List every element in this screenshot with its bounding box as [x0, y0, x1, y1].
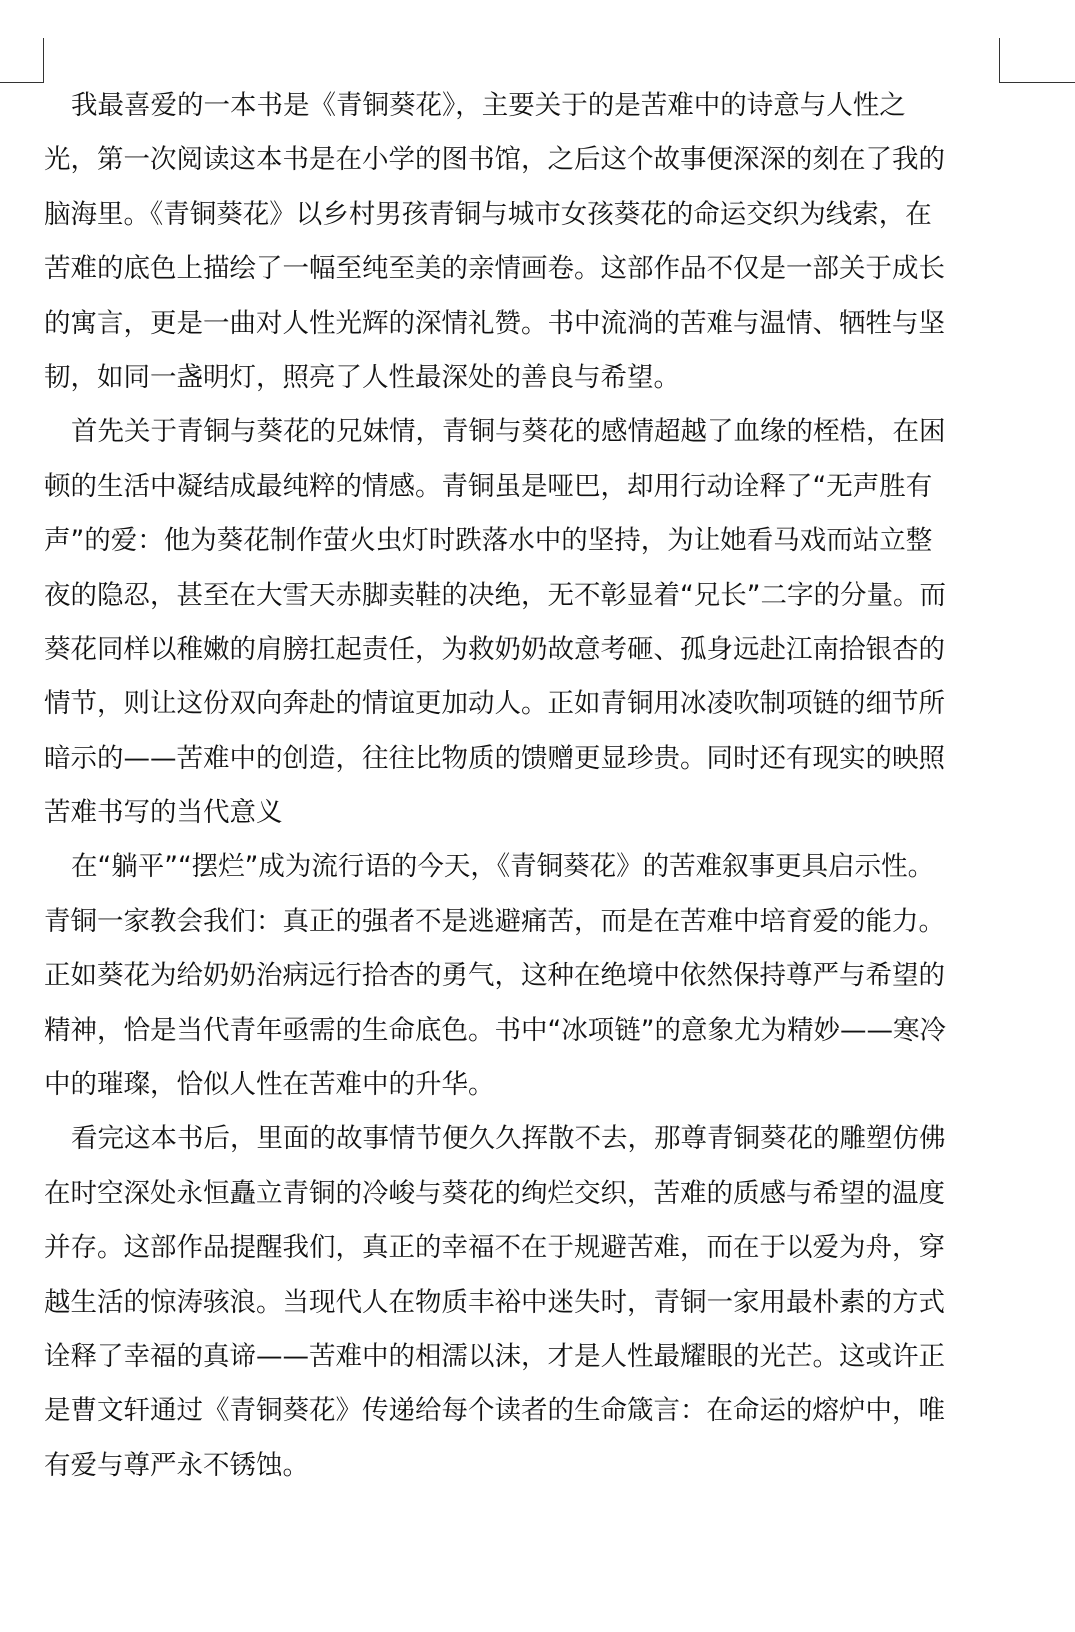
text-line: 首先关于青铜与葵花的兄妹情，青铜与葵花的感情超越了血缘的桎梏，在困	[44, 405, 1004, 459]
paragraph-1: 我最喜爱的一本书是《青铜葵花》，主要关于的是苦难中的诗意与人性之 光，第一次阅读…	[44, 79, 1004, 405]
page-corner-mark-right	[999, 38, 1075, 83]
text-line: 声”的爱：他为葵花制作萤火虫灯时跌落水中的坚持，为让她看马戏而站立整	[44, 514, 1004, 568]
text-line: 韧，如同一盏明灯，照亮了人性最深处的善良与希望。	[44, 351, 1004, 405]
text-line: 葵花同样以稚嫩的肩膀扛起责任，为救奶奶故意考砸、孤身远赴江南拾银杏的	[44, 623, 1004, 677]
text-line: 青铜一家教会我们：真正的强者不是逃避痛苦，而是在苦难中培育爱的能力。	[44, 895, 1004, 949]
text-line: 苦难的底色上描绘了一幅至纯至美的亲情画卷。这部作品不仅是一部关于成长	[44, 242, 1004, 296]
text-line: 的寓言，更是一曲对人性光辉的深情礼赞。书中流淌的苦难与温情、牺牲与坚	[44, 297, 1004, 351]
text-line: 中的璀璨，恰似人性在苦难中的升华。	[44, 1058, 1004, 1112]
document-body: 我最喜爱的一本书是《青铜葵花》，主要关于的是苦难中的诗意与人性之 光，第一次阅读…	[44, 79, 1004, 1493]
text-line: 越生活的惊涛骇浪。当现代人在物质丰裕中迷失时，青铜一家用最朴素的方式	[44, 1276, 1004, 1330]
text-line: 夜的隐忍，甚至在大雪天赤脚卖鞋的决绝，无不彰显着“兄长”二字的分量。而	[44, 569, 1004, 623]
text-line: 苦难书写的当代意义	[44, 786, 1004, 840]
text-line: 光，第一次阅读这本书是在小学的图书馆，之后这个故事便深深的刻在了我的	[44, 133, 1004, 187]
paragraph-2: 首先关于青铜与葵花的兄妹情，青铜与葵花的感情超越了血缘的桎梏，在困 顿的生活中凝…	[44, 405, 1004, 840]
text-line: 是曹文轩通过《青铜葵花》传递给每个读者的生命箴言：在命运的熔炉中，唯	[44, 1384, 1004, 1438]
text-line: 顿的生活中凝结成最纯粹的情感。青铜虽是哑巴，却用行动诠释了“无声胜有	[44, 460, 1004, 514]
text-line: 在时空深处永恒矗立青铜的冷峻与葵花的绚烂交织，苦难的质感与希望的温度	[44, 1167, 1004, 1221]
text-line: 看完这本书后，里面的故事情节便久久挥散不去，那尊青铜葵花的雕塑仿佛	[44, 1112, 1004, 1166]
text-line: 有爱与尊严永不锈蚀。	[44, 1439, 1004, 1493]
text-line: 在“躺平”“摆烂”成为流行语的今天，《青铜葵花》的苦难叙事更具启示性。	[44, 840, 1004, 894]
text-line: 情节，则让这份双向奔赴的情谊更加动人。正如青铜用冰凌吹制项链的细节所	[44, 677, 1004, 731]
paragraph-3: 在“躺平”“摆烂”成为流行语的今天，《青铜葵花》的苦难叙事更具启示性。 青铜一家…	[44, 840, 1004, 1112]
text-line: 诠释了幸福的真谛——苦难中的相濡以沫，才是人性最耀眼的光芒。这或许正	[44, 1330, 1004, 1384]
text-line: 脑海里。《青铜葵花》以乡村男孩青铜与城市女孩葵花的命运交织为线索，在	[44, 188, 1004, 242]
page-corner-mark-left	[0, 38, 44, 83]
text-line: 并存。这部作品提醒我们，真正的幸福不在于规避苦难，而在于以爱为舟，穿	[44, 1221, 1004, 1275]
text-line: 正如葵花为给奶奶治病远行拾杏的勇气，这种在绝境中依然保持尊严与希望的	[44, 949, 1004, 1003]
text-line: 精神，恰是当代青年亟需的生命底色。书中“冰项链”的意象尤为精妙——寒冷	[44, 1004, 1004, 1058]
text-line: 我最喜爱的一本书是《青铜葵花》，主要关于的是苦难中的诗意与人性之	[44, 79, 1004, 133]
text-line: 暗示的——苦难中的创造，往往比物质的馈赠更显珍贵。同时还有现实的映照	[44, 732, 1004, 786]
paragraph-4: 看完这本书后，里面的故事情节便久久挥散不去，那尊青铜葵花的雕塑仿佛 在时空深处永…	[44, 1112, 1004, 1493]
